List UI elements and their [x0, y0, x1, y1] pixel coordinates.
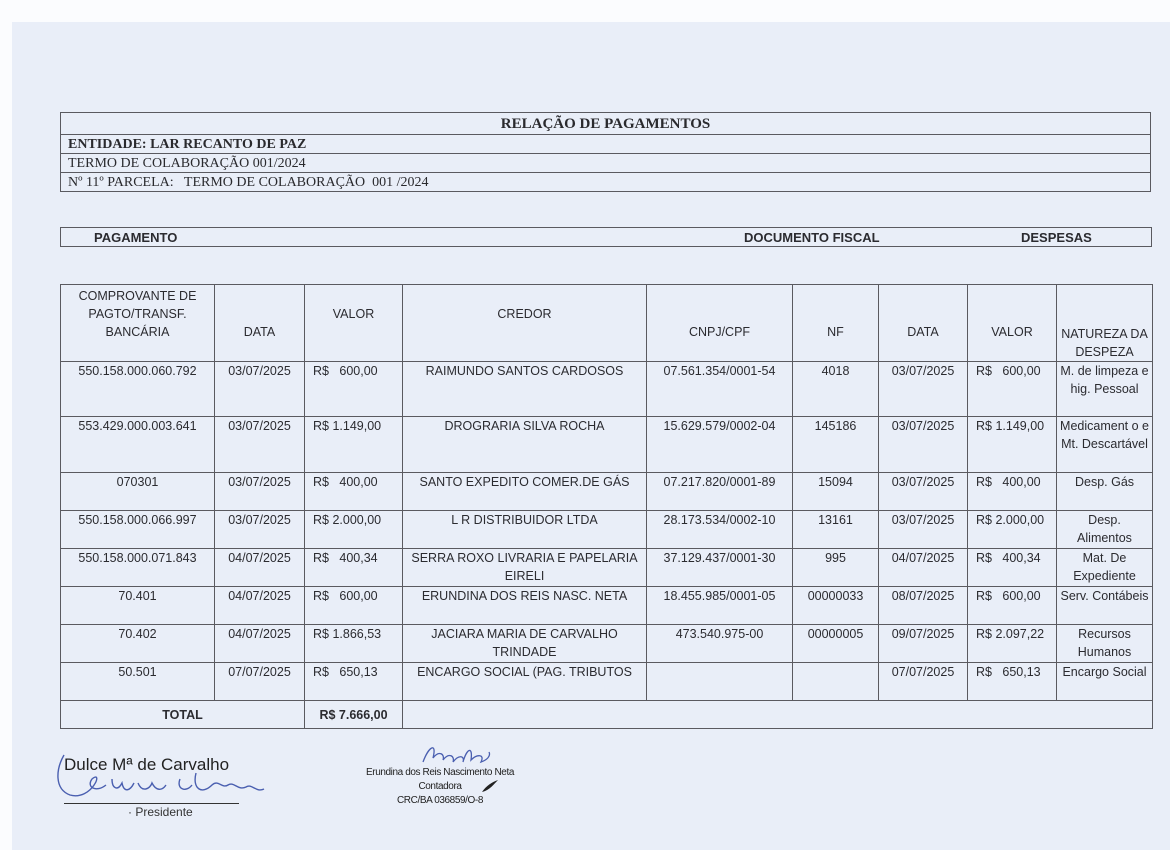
cell-natureza: Medicament o e Mt. Descartável [1057, 417, 1153, 473]
cell-valor-nf: R$ 400,34 [968, 549, 1057, 587]
cell-nf [793, 663, 879, 701]
header-comprovante: COMPROVANTE DE PAGTO/TRANSF. BANCÁRIA [61, 285, 215, 362]
cell-comprovante: 070301 [61, 473, 215, 511]
cell-nf: 4018 [793, 362, 879, 417]
cell-credor: ENCARGO SOCIAL (PAG. TRIBUTOS [403, 663, 647, 701]
table-row: 550.158.000.071.84304/07/2025R$ 400,34SE… [61, 549, 1153, 587]
payments-table: COMPROVANTE DE PAGTO/TRANSF. BANCÁRIA DA… [60, 284, 1153, 729]
accountant-signature-block: Erundina dos Reis Nascimento Neta Contad… [360, 766, 520, 808]
section-documento-fiscal: DOCUMENTO FISCAL [744, 228, 880, 247]
signature-line [64, 803, 239, 804]
table-row: 50.50107/07/2025R$ 650,13ENCARGO SOCIAL … [61, 663, 1153, 701]
cell-valor-nf: R$ 1.149,00 [968, 417, 1057, 473]
table-header-row: COMPROVANTE DE PAGTO/TRANSF. BANCÁRIA DA… [61, 285, 1153, 362]
cell-credor: L R DISTRIBUIDOR LTDA [403, 511, 647, 549]
cell-cnpj: 473.540.975-00 [647, 625, 793, 663]
table-row: 553.429.000.003.64103/07/2025R$ 1.149,00… [61, 417, 1153, 473]
total-row: TOTAL R$ 7.666,00 [61, 701, 1153, 729]
cell-comprovante: 70.401 [61, 587, 215, 625]
accountant-registration: CRC/BA 036859/O-8 [360, 794, 520, 808]
cell-valor: R$ 650,13 [305, 663, 403, 701]
cell-data-nf: 04/07/2025 [879, 549, 968, 587]
cell-valor: R$ 1.866,53 [305, 625, 403, 663]
document-title: RELAÇÃO DE PAGAMENTOS [61, 113, 1150, 134]
section-pagamento: PAGAMENTO [94, 228, 177, 247]
cell-natureza: Desp. Alimentos [1057, 511, 1153, 549]
cell-data-nf: 07/07/2025 [879, 663, 968, 701]
cell-comprovante: 70.402 [61, 625, 215, 663]
cell-natureza: Encargo Social [1057, 663, 1153, 701]
header-valor: VALOR [305, 285, 403, 362]
cell-data: 04/07/2025 [215, 549, 305, 587]
cell-data: 03/07/2025 [215, 417, 305, 473]
cell-cnpj [647, 663, 793, 701]
cell-valor: R$ 400,00 [305, 473, 403, 511]
document-header: RELAÇÃO DE PAGAMENTOS ENTIDADE: LAR RECA… [60, 112, 1151, 192]
header-valor-nf: VALOR [968, 285, 1057, 362]
cell-data-nf: 03/07/2025 [879, 473, 968, 511]
table-row: 07030103/07/2025R$ 400,00SANTO EXPEDITO … [61, 473, 1153, 511]
collaboration-term: TERMO DE COLABORAÇÃO 001/2024 [61, 153, 1150, 172]
cell-data-nf: 03/07/2025 [879, 362, 968, 417]
cell-natureza: M. de limpeza e hig. Pessoal [1057, 362, 1153, 417]
cell-valor: R$ 1.149,00 [305, 417, 403, 473]
cell-data: 03/07/2025 [215, 362, 305, 417]
table-row: 70.40204/07/2025R$ 1.866,53JACIARA MARIA… [61, 625, 1153, 663]
cell-credor: JACIARA MARIA DE CARVALHO TRINDADE [403, 625, 647, 663]
cell-credor: SANTO EXPEDITO COMER.DE GÁS [403, 473, 647, 511]
cell-comprovante: 550.158.000.060.792 [61, 362, 215, 417]
cell-valor-nf: R$ 2.000,00 [968, 511, 1057, 549]
cell-valor-nf: R$ 2.097,22 [968, 625, 1057, 663]
total-label: TOTAL [61, 701, 305, 729]
cell-valor: R$ 400,34 [305, 549, 403, 587]
president-signature-block: Dulce Mª de Carvalho · Presidente [64, 755, 229, 775]
cell-data-nf: 03/07/2025 [879, 511, 968, 549]
cell-nf: 13161 [793, 511, 879, 549]
cell-valor-nf: R$ 400,00 [968, 473, 1057, 511]
cell-nf: 145186 [793, 417, 879, 473]
section-despesas: DESPESAS [1021, 228, 1092, 247]
cell-valor: R$ 600,00 [305, 362, 403, 417]
table-row: 550.158.000.066.99703/07/2025R$ 2.000,00… [61, 511, 1153, 549]
cell-data: 07/07/2025 [215, 663, 305, 701]
header-nf: NF [793, 285, 879, 362]
cell-cnpj: 07.217.820/0001-89 [647, 473, 793, 511]
cell-credor: ERUNDINA DOS REIS NASC. NETA [403, 587, 647, 625]
cell-nf: 00000005 [793, 625, 879, 663]
cell-cnpj: 37.129.437/0001-30 [647, 549, 793, 587]
cell-data-nf: 09/07/2025 [879, 625, 968, 663]
total-value: R$ 7.666,00 [305, 701, 403, 729]
cell-comprovante: 550.158.000.071.843 [61, 549, 215, 587]
cell-cnpj: 15.629.579/0002-04 [647, 417, 793, 473]
section-bar: PAGAMENTO DOCUMENTO FISCAL DESPESAS [60, 227, 1152, 247]
accountant-signature-icon [415, 740, 495, 768]
cell-comprovante: 550.158.000.066.997 [61, 511, 215, 549]
ink-mark-icon [480, 778, 500, 794]
cell-data: 03/07/2025 [215, 473, 305, 511]
header-data-nf: DATA [879, 285, 968, 362]
cell-natureza: Mat. De Expediente [1057, 549, 1153, 587]
cell-natureza: Recursos Humanos [1057, 625, 1153, 663]
header-data: DATA [215, 285, 305, 362]
cell-data: 03/07/2025 [215, 511, 305, 549]
cell-cnpj: 18.455.985/0001-05 [647, 587, 793, 625]
cell-data: 04/07/2025 [215, 625, 305, 663]
table-row: 70.40104/07/2025R$ 600,00ERUNDINA DOS RE… [61, 587, 1153, 625]
cell-credor: RAIMUNDO SANTOS CARDOSOS [403, 362, 647, 417]
cell-valor-nf: R$ 600,00 [968, 362, 1057, 417]
cell-nf: 15094 [793, 473, 879, 511]
header-cnpj: CNPJ/CPF [647, 285, 793, 362]
cell-valor: R$ 2.000,00 [305, 511, 403, 549]
cell-data-nf: 08/07/2025 [879, 587, 968, 625]
cell-valor-nf: R$ 600,00 [968, 587, 1057, 625]
cell-nf: 995 [793, 549, 879, 587]
table-row: 550.158.000.060.79203/07/2025R$ 600,00RA… [61, 362, 1153, 417]
cell-natureza: Serv. Contábeis [1057, 587, 1153, 625]
cell-nf: 00000033 [793, 587, 879, 625]
cell-credor: DROGRARIA SILVA ROCHA [403, 417, 647, 473]
entity-name: ENTIDADE: LAR RECANTO DE PAZ [61, 134, 1150, 153]
total-blank [403, 701, 1153, 729]
cell-cnpj: 07.561.354/0001-54 [647, 362, 793, 417]
cell-natureza: Desp. Gás [1057, 473, 1153, 511]
header-natureza: NATUREZA DA DESPEZA [1057, 285, 1153, 362]
header-credor: CREDOR [403, 285, 647, 362]
installment-line: Nº 11º PARCELA: TERMO DE COLABORAÇÃO 001… [61, 172, 1150, 191]
cell-credor: SERRA ROXO LIVRARIA E PAPELARIA EIRELI [403, 549, 647, 587]
cell-data: 04/07/2025 [215, 587, 305, 625]
president-role: · Presidente [128, 805, 193, 819]
cell-data-nf: 03/07/2025 [879, 417, 968, 473]
cell-comprovante: 50.501 [61, 663, 215, 701]
cell-cnpj: 28.173.534/0002-10 [647, 511, 793, 549]
cell-valor: R$ 600,00 [305, 587, 403, 625]
cell-comprovante: 553.429.000.003.641 [61, 417, 215, 473]
cell-valor-nf: R$ 650,13 [968, 663, 1057, 701]
